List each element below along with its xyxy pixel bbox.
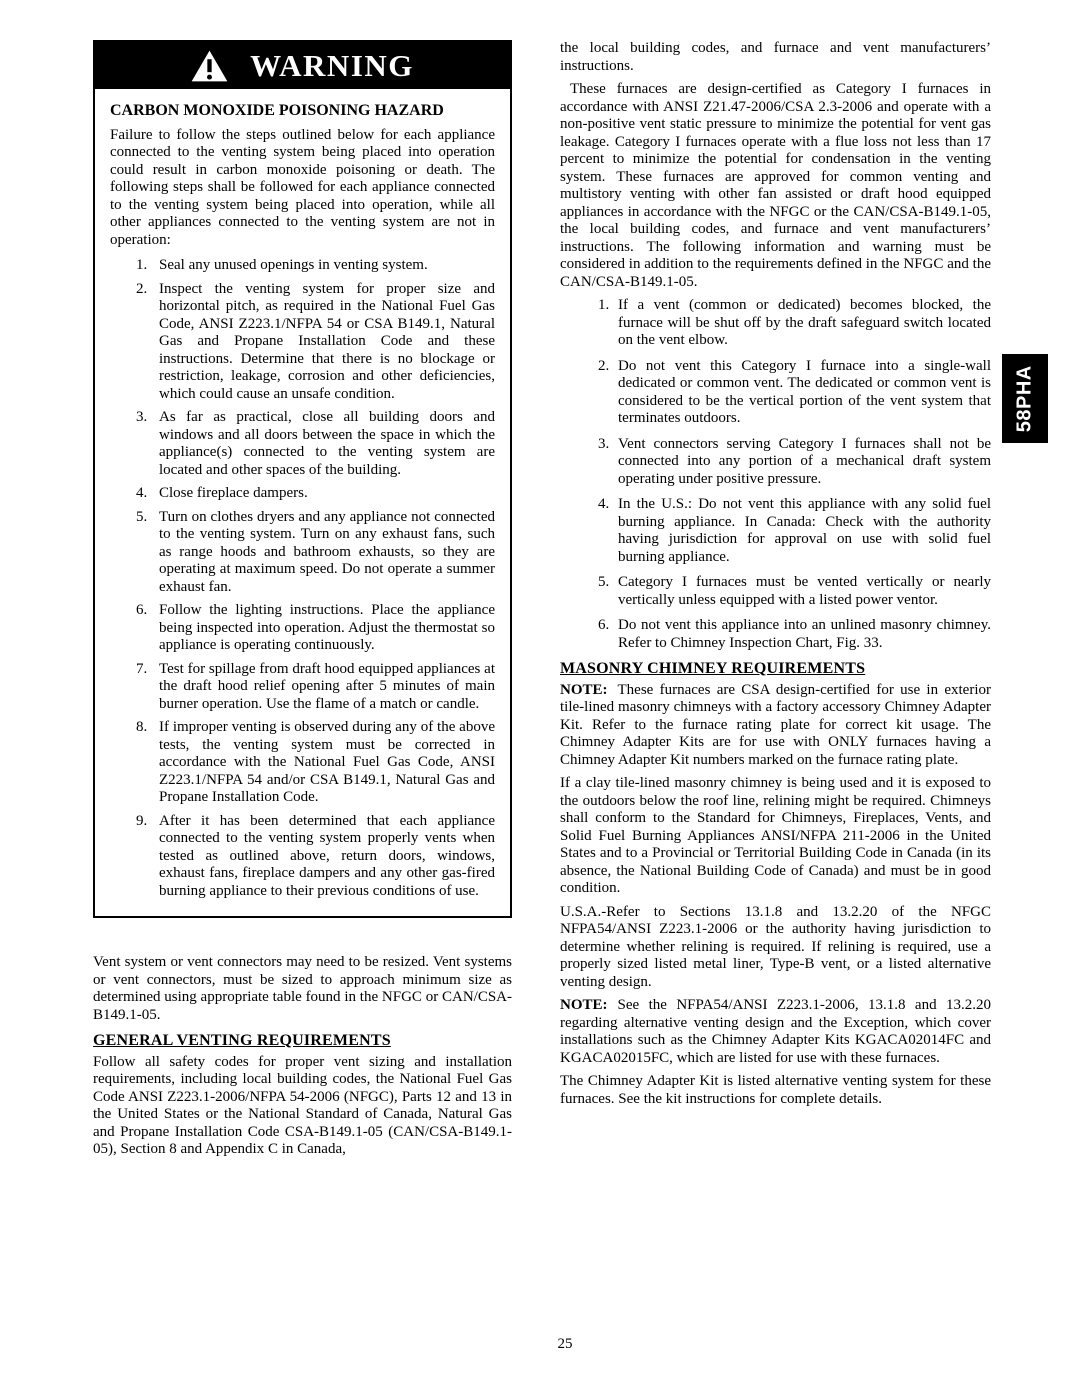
note-label: NOTE: xyxy=(560,997,608,1013)
alternative-venting-note-paragraph: NOTE:See the NFPA54/ANSI Z223.1-2006, 13… xyxy=(560,997,991,1067)
certification-paragraph: These furnaces are design-certified as C… xyxy=(560,81,991,291)
adapter-kit-paragraph: The Chimney Adapter Kit is listed altern… xyxy=(560,1073,991,1108)
clay-chimney-paragraph: If a clay tile-lined masonry chimney is … xyxy=(560,775,991,898)
warning-step: If improper venting is observed during a… xyxy=(136,719,495,807)
usa-refer-paragraph: U.S.A.-Refer to Sections 13.1.8 and 13.2… xyxy=(560,904,991,992)
warning-step: As far as practical, close all building … xyxy=(136,409,495,479)
general-venting-paragraph: Follow all safety codes for proper vent … xyxy=(93,1054,512,1159)
vent-resize-paragraph: Vent system or vent connectors may need … xyxy=(93,954,512,1024)
general-venting-heading: GENERAL VENTING REQUIREMENTS xyxy=(93,1032,512,1050)
left-column-text: Vent system or vent connectors may need … xyxy=(93,954,512,1159)
warning-triangle-icon xyxy=(191,50,228,82)
warning-header-label: WARNING xyxy=(250,57,414,75)
warning-step: Turn on clothes dryers and any appliance… xyxy=(136,509,495,597)
note-label: NOTE: xyxy=(560,682,608,698)
warning-title: CARBON MONOXIDE POISONING HAZARD xyxy=(110,102,495,120)
continuation-paragraph: the local building codes, and furnace an… xyxy=(560,40,991,75)
model-number-label: 58PHA xyxy=(1016,365,1034,432)
venting-note: Do not vent this Category I furnace into… xyxy=(598,358,991,428)
warning-step: Inspect the venting system for proper si… xyxy=(136,281,495,404)
venting-notes-list: If a vent (common or dedicated) becomes … xyxy=(598,297,991,652)
note-text: See the NFPA54/ANSI Z223.1-2006, 13.1.8 … xyxy=(560,997,991,1066)
warning-header: WARNING xyxy=(95,42,510,89)
warning-step: Close fireplace dampers. xyxy=(136,485,495,503)
model-number-tab: 58PHA xyxy=(1002,354,1048,443)
masonry-note-paragraph: NOTE:These furnaces are CSA design-certi… xyxy=(560,682,991,770)
warning-step: Test for spillage from draft hood equipp… xyxy=(136,661,495,714)
venting-note: Category I furnaces must be vented verti… xyxy=(598,574,991,609)
venting-note: If a vent (common or dedicated) becomes … xyxy=(598,297,991,350)
right-column: the local building codes, and furnace an… xyxy=(560,40,991,1114)
venting-note: Vent connectors serving Category I furna… xyxy=(598,436,991,489)
warning-intro-paragraph: Failure to follow the steps outlined bel… xyxy=(110,127,495,250)
venting-note: In the U.S.: Do not vent this appliance … xyxy=(598,496,991,566)
left-column: WARNING CARBON MONOXIDE POISONING HAZARD… xyxy=(93,40,512,1165)
manual-page: WARNING CARBON MONOXIDE POISONING HAZARD… xyxy=(0,0,1080,1397)
masonry-chimney-heading: MASONRY CHIMNEY REQUIREMENTS xyxy=(560,660,991,678)
venting-note: Do not vent this appliance into an unlin… xyxy=(598,617,991,652)
warning-step: After it has been determined that each a… xyxy=(136,813,495,901)
warning-step: Follow the lighting instructions. Place … xyxy=(136,602,495,655)
warning-step: Seal any unused openings in venting syst… xyxy=(136,257,495,275)
page-number: 25 xyxy=(545,1336,585,1354)
warning-box: WARNING CARBON MONOXIDE POISONING HAZARD… xyxy=(93,40,512,918)
note-text: These furnaces are CSA design-certified … xyxy=(560,682,991,768)
warning-body: CARBON MONOXIDE POISONING HAZARD Failure… xyxy=(95,89,510,916)
warning-steps-list: Seal any unused openings in venting syst… xyxy=(136,257,495,900)
